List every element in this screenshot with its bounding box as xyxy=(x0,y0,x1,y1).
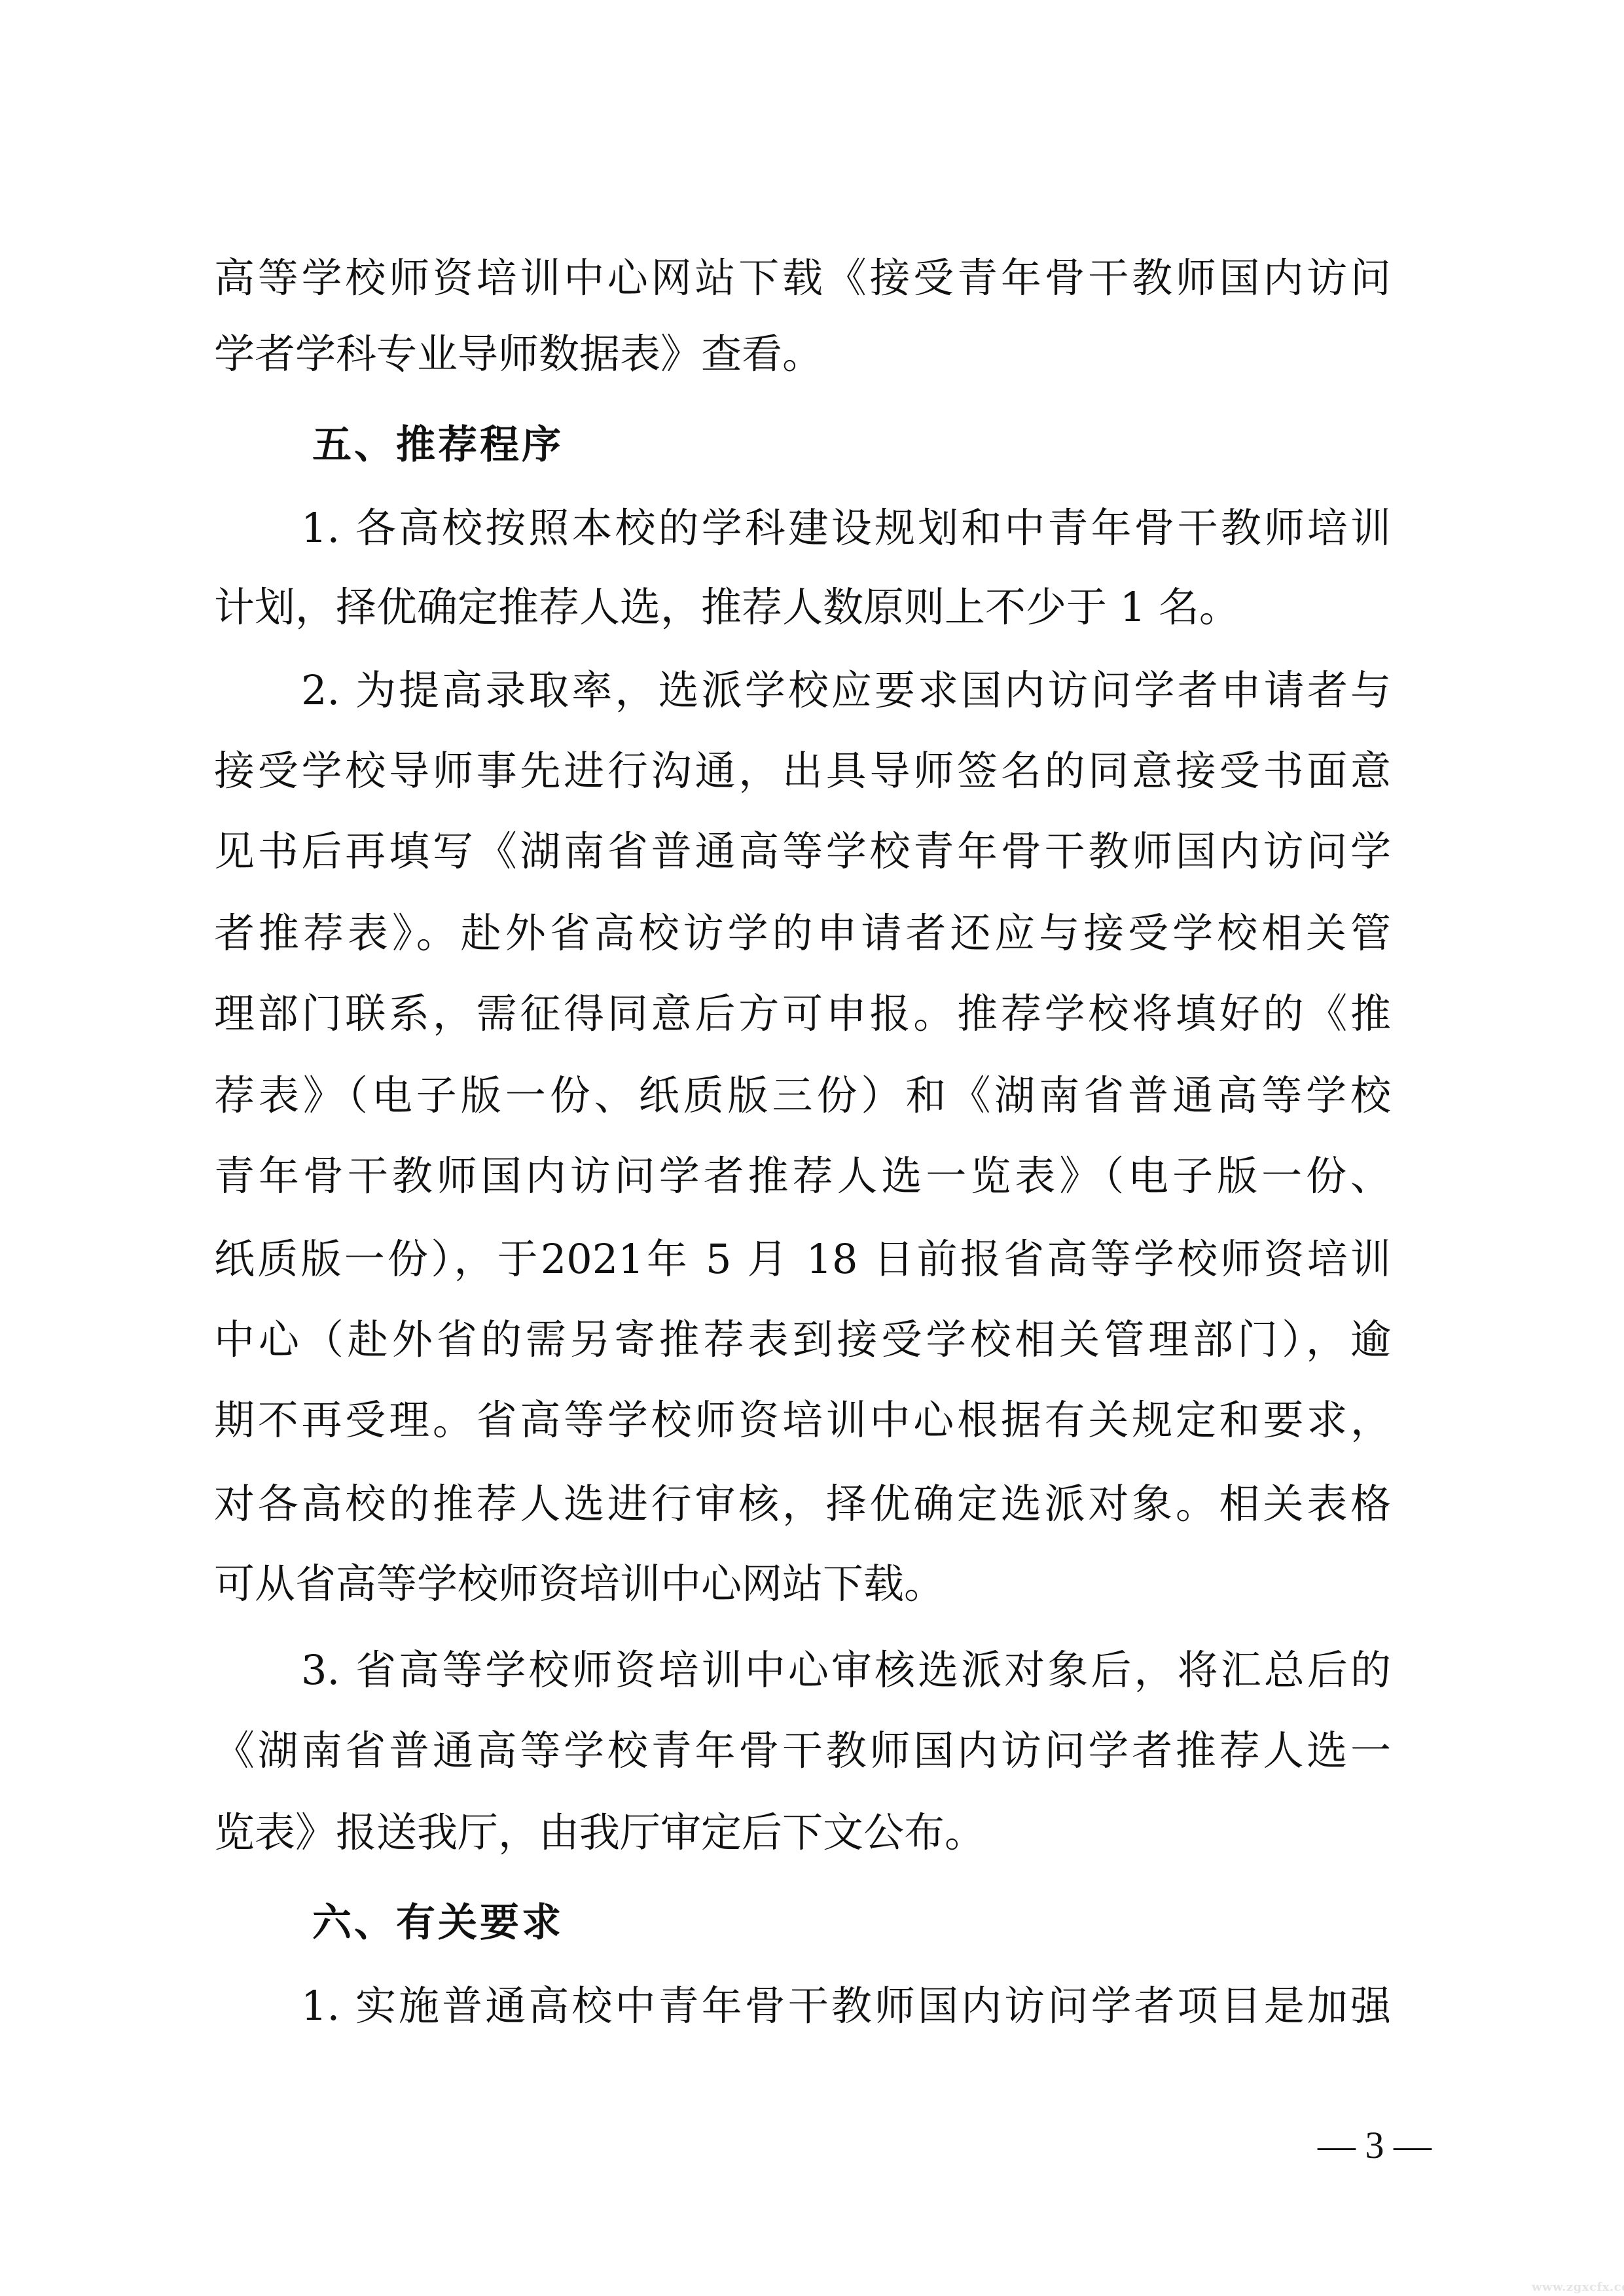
body-line: 见书后再填写《湖南省普通高等学校青年骨干教师国内访问学 xyxy=(214,822,1391,881)
body-line: 对各高校的推荐人选进行审核，择优确定选派对象。相关表格 xyxy=(214,1475,1391,1534)
body-line: 者推荐表》。赴外省高校访学的申请者还应与接受学校相关管 xyxy=(214,904,1391,963)
paragraph-start-line: 1. 实施普通高校中青年骨干教师国内访问学者项目是加强 xyxy=(301,1977,1391,2036)
body-line-deadline: 纸质版一份），于2021年 5 月 18 日前报省高等学校师资培训 xyxy=(214,1230,1391,1289)
body-line: 期不再受理。省高等学校师资培训中心根据有关规定和要求， xyxy=(214,1391,1391,1450)
watermark: www.zgxcfx.com xyxy=(1532,2280,1624,2294)
paragraph-start-line: 2. 为提高录取率，选派学校应要求国内访问学者申请者与 xyxy=(301,661,1391,720)
document-page: 高等学校师资培训中心网站下载《接受青年骨干教师国内访问 学者学科专业导师数据表》… xyxy=(0,0,1624,2296)
body-line: 接受学校导师事先进行沟通，出具导师签名的同意接受书面意 xyxy=(214,742,1391,800)
body-line: 青年骨干教师国内访问学者推荐人选一览表》（电子版一份、 xyxy=(214,1147,1391,1206)
body-line: 中心（赴外省的需另寄推荐表到接受学校相关管理部门），逾 xyxy=(214,1310,1391,1369)
body-line: 荐表》（电子版一份、纸质版三份）和《湖南省普通高等学校 xyxy=(214,1066,1391,1125)
body-line: 可从省高等学校师资培训中心网站下载。 xyxy=(214,1554,1391,1613)
section-heading-recommendation-procedure: 五、推荐程序 xyxy=(312,416,564,475)
body-line: 学者学科专业导师数据表》查看。 xyxy=(214,325,1391,384)
section-heading-requirements: 六、有关要求 xyxy=(312,1893,564,1952)
body-line: 《湖南省普通高等学校青年骨干教师国内访问学者推荐人选一 xyxy=(214,1721,1391,1780)
page-number: — 3 — xyxy=(1309,2119,1440,2172)
body-line: 计划，择优确定推荐人选，推荐人数原则上不少于 1 名。 xyxy=(214,578,1391,637)
body-line: 览表》报送我厅，由我厅审定后下文公布。 xyxy=(214,1803,1391,1862)
body-line: 高等学校师资培训中心网站下载《接受青年骨干教师国内访问 xyxy=(214,249,1391,308)
body-line: 理部门联系，需征得同意后方可申报。推荐学校将填好的《推 xyxy=(214,984,1391,1043)
paragraph-start-line: 3. 省高等学校师资培训中心审核选派对象后，将汇总后的 xyxy=(301,1641,1391,1700)
paragraph-start-line: 1. 各高校按照本校的学科建设规划和中青年骨干教师培训 xyxy=(301,499,1391,558)
